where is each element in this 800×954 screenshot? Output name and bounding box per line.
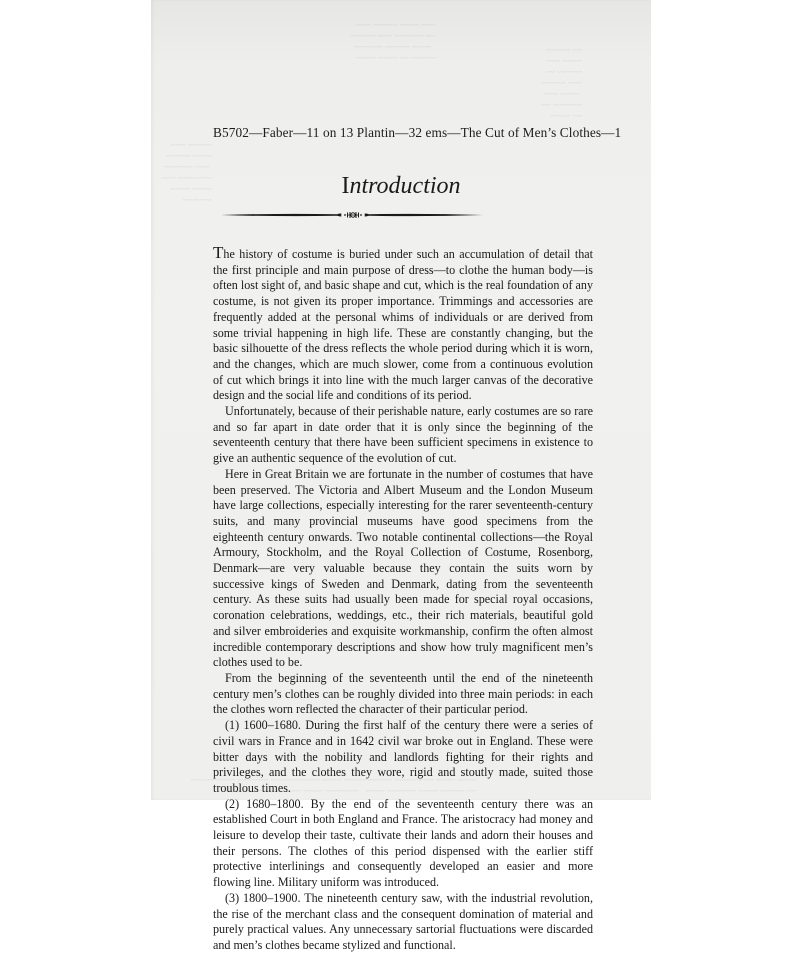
paragraph: Unfortunately, because of their perishab… xyxy=(213,404,593,467)
paragraph: The history of costume is buried under s… xyxy=(213,247,593,404)
printer-slug-line: B5702—Faber—11 on 13 Plantin—32 ems—The … xyxy=(213,125,621,141)
decorative-rule-ornament-icon xyxy=(219,208,485,222)
paragraph-period-2: (2) 1680–1800. By the end of the sevente… xyxy=(213,797,593,800)
paragraph-period-1: (1) 1600–1680. During the first half of … xyxy=(213,718,593,797)
paragraph: Here in Great Britain we are fortunate i… xyxy=(213,467,593,671)
body-text: The history of costume is buried under s… xyxy=(213,247,593,800)
document-page: ~~~ ~~~~ ~~~~~ ~~~ ~~ ~~~~~~ ~~~ ~~~~~ ~… xyxy=(151,0,651,800)
title-rest: ntroduction xyxy=(349,173,460,199)
show-through-text: ~~ ~~~~~ ~~~~ ~~~ ~~~~~ ~~ ~~~ ~~~~~ ~~~… xyxy=(541,45,582,122)
chapter-title: Introduction xyxy=(151,173,651,200)
drop-cap: T xyxy=(213,243,223,262)
paragraph: From the beginning of the seventeenth un… xyxy=(213,671,593,718)
show-through-text: ~~~ ~~~~ ~~~~~ ~~~ ~~ ~~~~~~ ~~~ ~~~~~ ~… xyxy=(351,20,436,64)
